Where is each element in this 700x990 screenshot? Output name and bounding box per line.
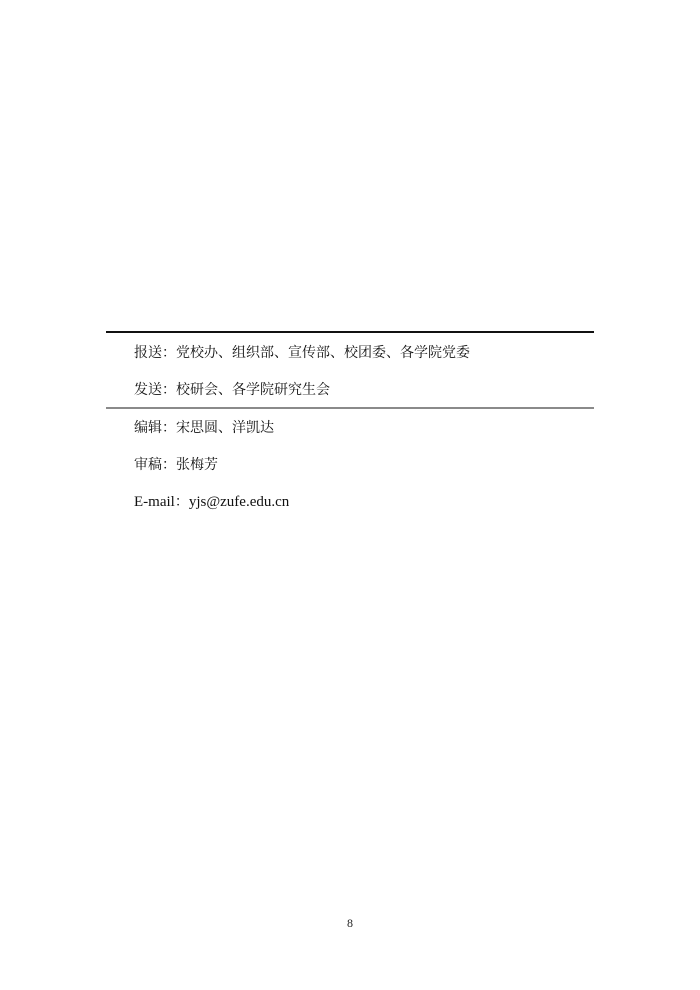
- middle-divider: [106, 407, 594, 409]
- separator: ：: [162, 345, 176, 361]
- top-divider: [106, 331, 594, 333]
- send-to-label: 发送: [134, 382, 162, 398]
- editors-line: 编辑：宋思圆、洋凯达: [134, 418, 274, 438]
- send-to-value: 校研会、各学院研究生会: [176, 382, 330, 398]
- separator: ：: [175, 494, 189, 510]
- editors-label: 编辑: [134, 420, 162, 436]
- reviewer-label: 审稿: [134, 457, 162, 473]
- separator: ：: [162, 457, 176, 473]
- report-to-value: 党校办、组织部、宣传部、校团委、各学院党委: [176, 345, 470, 361]
- report-to-label: 报送: [134, 345, 162, 361]
- separator: ：: [162, 382, 176, 398]
- email-label: E-mail: [134, 494, 175, 510]
- separator: ：: [162, 420, 176, 436]
- reviewer-value: 张梅芳: [176, 457, 218, 473]
- send-to-line: 发送：校研会、各学院研究生会: [134, 380, 330, 400]
- editors-value: 宋思圆、洋凯达: [176, 420, 274, 436]
- report-to-line: 报送：党校办、组织部、宣传部、校团委、各学院党委: [134, 343, 470, 363]
- reviewer-line: 审稿：张梅芳: [134, 455, 218, 475]
- email-line: E-mail：yjs@zufe.edu.cn: [134, 492, 289, 512]
- email-value: yjs@zufe.edu.cn: [189, 494, 289, 510]
- page-number: 8: [0, 916, 700, 931]
